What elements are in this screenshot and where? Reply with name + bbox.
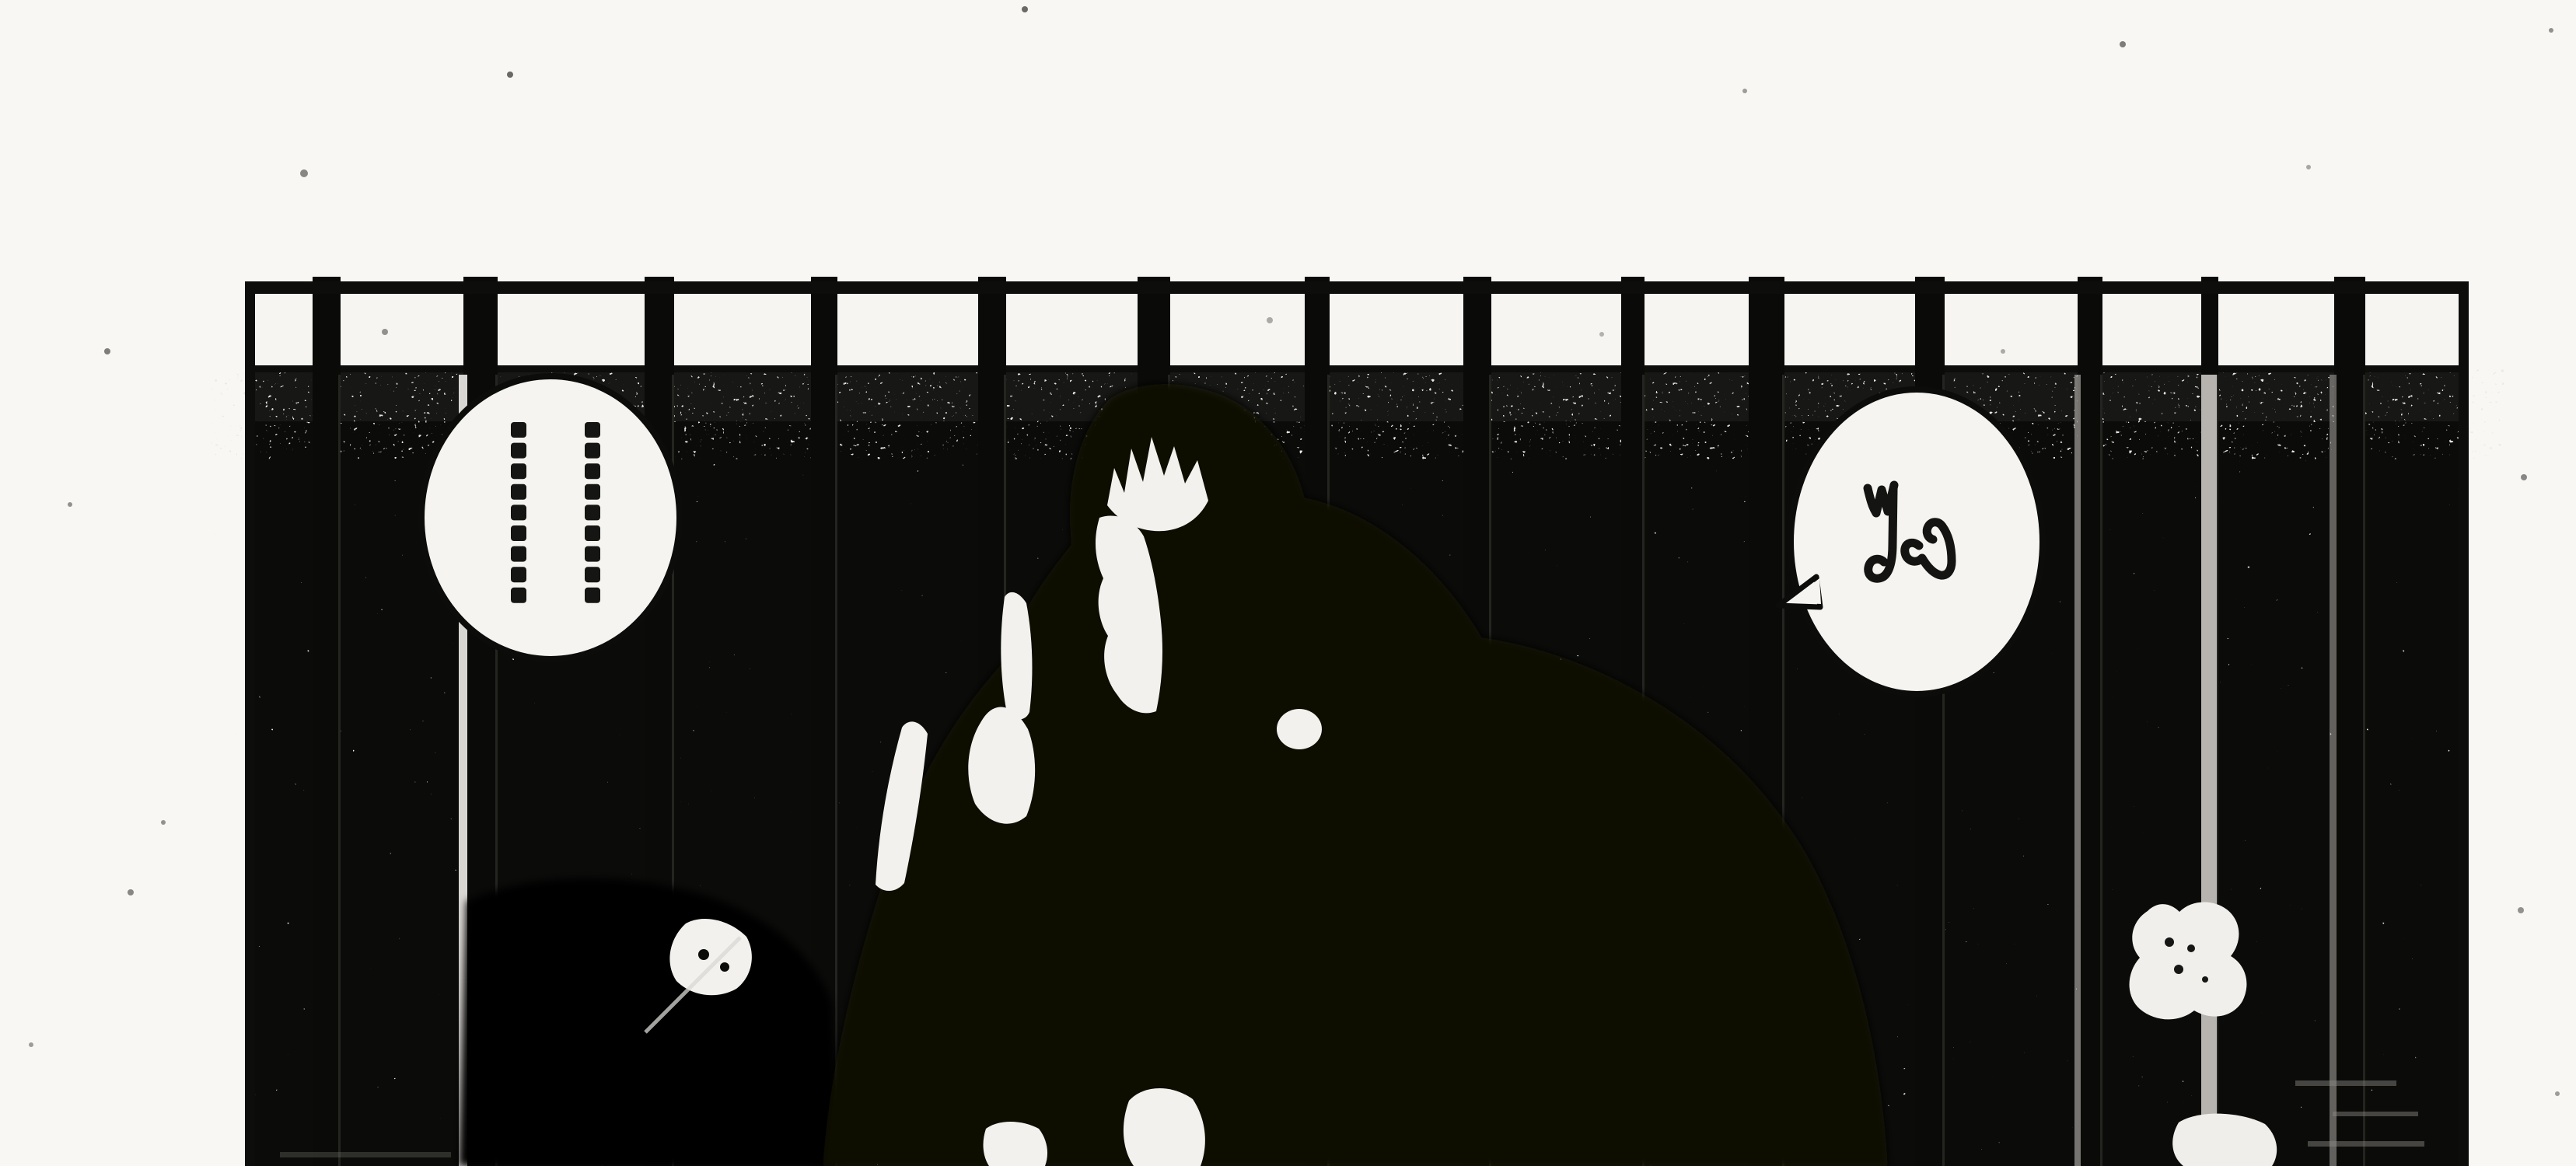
bar-edge-seam xyxy=(2363,375,2365,1166)
frame-right xyxy=(2459,281,2469,1166)
frame-left xyxy=(245,281,255,1166)
silence-dot xyxy=(585,567,600,582)
bar-light-glint xyxy=(2074,375,2081,1166)
silence-dot xyxy=(585,422,600,438)
silence-dot xyxy=(511,546,526,562)
hand-glint xyxy=(1277,709,1322,749)
silence-bubble-outline xyxy=(421,376,680,659)
window-bar xyxy=(2334,277,2365,1166)
silence-dot xyxy=(511,484,526,500)
band-bottom-rail xyxy=(254,365,2459,372)
silence-dot xyxy=(585,504,600,520)
bar-edge-seam xyxy=(2100,375,2102,1166)
silence-dot xyxy=(585,484,600,500)
window-bar xyxy=(2078,277,2102,1166)
silence-dot xyxy=(585,546,600,562)
silence-dot xyxy=(511,463,526,479)
lap-highlight xyxy=(984,1122,1048,1166)
silence-dot xyxy=(511,422,526,438)
silence-dot xyxy=(585,525,600,541)
flower-sparkle xyxy=(2130,902,2247,1020)
silence-dot xyxy=(511,443,526,459)
window-bar xyxy=(313,277,341,1166)
silence-dot xyxy=(511,525,526,541)
manga-page-scan xyxy=(0,0,2576,1166)
bar-light-glint xyxy=(2330,375,2337,1166)
silence-dot xyxy=(511,588,526,603)
transom-band xyxy=(254,294,2459,365)
neck-highlight xyxy=(1001,592,1032,719)
bar-light-glint xyxy=(2201,375,2217,1166)
silence-bubble xyxy=(421,376,680,659)
knee-highlight xyxy=(1124,1088,1205,1166)
silence-dot xyxy=(585,443,600,459)
frame-top xyxy=(245,281,2469,294)
panel-artwork xyxy=(0,0,2576,1166)
bar-edge-seam xyxy=(338,375,341,1166)
silence-dot xyxy=(511,567,526,582)
bar-edge-seam xyxy=(835,375,837,1166)
silence-dot xyxy=(511,504,526,520)
silence-dot xyxy=(585,588,600,603)
silence-dot xyxy=(585,463,600,479)
